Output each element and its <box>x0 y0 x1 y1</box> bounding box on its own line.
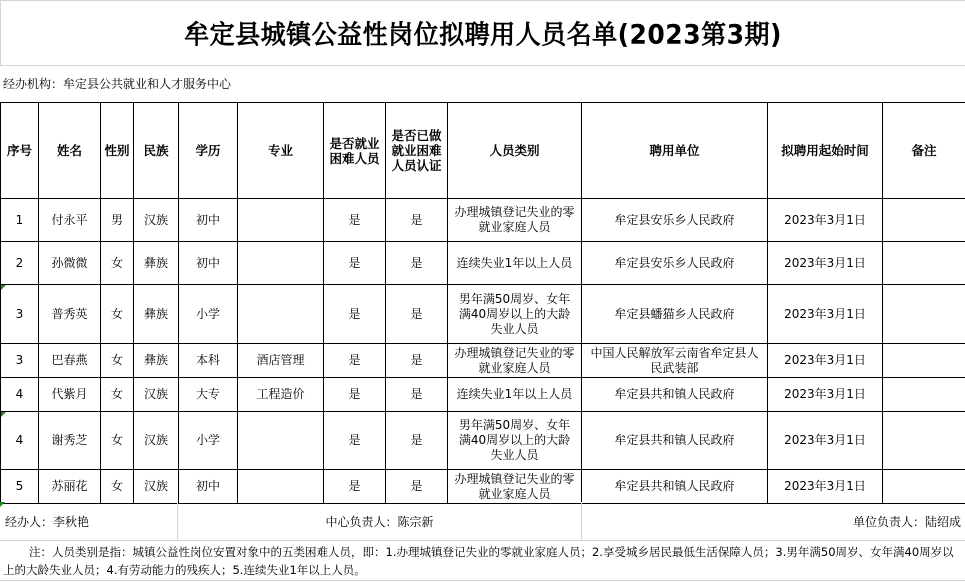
center-head-label: 中心负责人：陈宗新 <box>325 513 433 530</box>
cell-ethnicity[interactable]: 彝族 <box>134 344 179 378</box>
cell-gender[interactable]: 女 <box>101 344 134 378</box>
header-education[interactable]: 学历 <box>179 103 238 199</box>
cell-ethnicity[interactable]: 汉族 <box>134 412 179 470</box>
cell-category[interactable]: 男年满50周岁、女年满40周岁以上的大龄失业人员 <box>448 412 582 470</box>
cell-remarks[interactable] <box>883 285 965 344</box>
cell-name[interactable]: 苏丽花 <box>39 470 101 504</box>
note-text: 注：人员类别是指：城镇公益性岗位安置对象中的五类困难人员，即：1.办理城镇登记失… <box>3 545 954 577</box>
cell-ethnicity[interactable]: 彝族 <box>134 242 179 285</box>
cell-major[interactable] <box>238 285 324 344</box>
cell-gender[interactable]: 女 <box>101 470 134 504</box>
cell-hardship[interactable]: 是 <box>324 242 386 285</box>
cell-remarks[interactable] <box>883 470 965 504</box>
cell-education[interactable]: 初中 <box>179 242 238 285</box>
cell-name[interactable]: 付永平 <box>39 199 101 242</box>
header-remarks[interactable]: 备注 <box>883 103 965 199</box>
cell-hardship[interactable]: 是 <box>324 412 386 470</box>
header-name[interactable]: 姓名 <box>39 103 101 199</box>
signature-row: 经办人：李秋艳 中心负责人：陈宗新 单位负责人：陆绍成 <box>0 502 965 541</box>
cell-certified[interactable]: 是 <box>386 412 448 470</box>
cell-employer[interactable]: 牟定县共和镇人民政府 <box>582 412 768 470</box>
cell-start-date[interactable]: 2023年3月1日 <box>768 285 883 344</box>
cell-ethnicity[interactable]: 汉族 <box>134 199 179 242</box>
cell-remarks[interactable] <box>883 378 965 412</box>
cell-seq[interactable]: 4 <box>1 412 39 470</box>
unit-head-label: 单位负责人：陆绍成 <box>853 513 961 530</box>
cell-hardship[interactable]: 是 <box>324 285 386 344</box>
cell-education[interactable]: 小学 <box>179 285 238 344</box>
table-row: 2孙微微女彝族初中是是连续失业1年以上人员牟定县安乐乡人民政府2023年3月1日 <box>1 242 965 285</box>
cell-major[interactable] <box>238 412 324 470</box>
cell-remarks[interactable] <box>883 412 965 470</box>
cell-remarks[interactable] <box>883 344 965 378</box>
header-major[interactable]: 专业 <box>238 103 324 199</box>
agency-label: 经办机构：牟定县公共就业和人才服务中心 <box>0 75 231 92</box>
cell-category[interactable]: 男年满50周岁、女年满40周岁以上的大龄失业人员 <box>448 285 582 344</box>
cell-hardship[interactable]: 是 <box>324 199 386 242</box>
header-gender[interactable]: 性别 <box>101 103 134 199</box>
cell-category[interactable]: 连续失业1年以上人员 <box>448 378 582 412</box>
cell-name[interactable]: 巴春燕 <box>39 344 101 378</box>
header-ethnicity[interactable]: 民族 <box>134 103 179 199</box>
cell-gender[interactable]: 女 <box>101 242 134 285</box>
cell-ethnicity[interactable]: 汉族 <box>134 470 179 504</box>
cell-start-date[interactable]: 2023年3月1日 <box>768 199 883 242</box>
cell-seq[interactable]: 5 <box>1 470 39 504</box>
cell-major[interactable] <box>238 199 324 242</box>
cell-seq[interactable]: 3 <box>1 344 39 378</box>
table-row: 1付永平男汉族初中是是办理城镇登记失业的零就业家庭人员牟定县安乐乡人民政府202… <box>1 199 965 242</box>
cell-seq[interactable]: 1 <box>1 199 39 242</box>
cell-education[interactable]: 初中 <box>179 470 238 504</box>
cell-education[interactable]: 初中 <box>179 199 238 242</box>
cell-category[interactable]: 连续失业1年以上人员 <box>448 242 582 285</box>
document-title: 牟定县城镇公益性岗位拟聘用人员名单(2023第3期) <box>184 14 782 52</box>
cell-remarks[interactable] <box>883 242 965 285</box>
header-category[interactable]: 人员类别 <box>448 103 582 199</box>
cell-education[interactable]: 小学 <box>179 412 238 470</box>
handler-cell[interactable]: 经办人：李秋艳 <box>0 502 178 540</box>
cell-hardship[interactable]: 是 <box>324 344 386 378</box>
cell-start-date[interactable]: 2023年3月1日 <box>768 412 883 470</box>
spreadsheet: 牟定县城镇公益性岗位拟聘用人员名单(2023第3期) 经办机构：牟定县公共就业和… <box>0 0 965 582</box>
note-cell[interactable]: 注：人员类别是指：城镇公益性岗位安置对象中的五类困难人员，即：1.办理城镇登记失… <box>0 541 965 581</box>
cell-gender[interactable]: 女 <box>101 378 134 412</box>
header-hardship[interactable]: 是否就业困难人员 <box>324 103 386 199</box>
cell-start-date[interactable]: 2023年3月1日 <box>768 242 883 285</box>
cell-major[interactable]: 酒店管理 <box>238 344 324 378</box>
table-row: 4代紫月女汉族大专工程造价是是连续失业1年以上人员牟定县共和镇人民政府2023年… <box>1 378 965 412</box>
table-row: 3普秀英女彝族小学是是男年满50周岁、女年满40周岁以上的大龄失业人员牟定县蟠猫… <box>1 285 965 344</box>
cell-seq[interactable]: 4 <box>1 378 39 412</box>
header-seq[interactable]: 序号 <box>1 103 39 199</box>
cell-category[interactable]: 办理城镇登记失业的零就业家庭人员 <box>448 470 582 504</box>
cell-hardship[interactable]: 是 <box>324 470 386 504</box>
cell-education[interactable]: 大专 <box>179 378 238 412</box>
cell-certified[interactable]: 是 <box>386 470 448 504</box>
cell-employer[interactable]: 牟定县安乐乡人民政府 <box>582 199 768 242</box>
cell-employer[interactable]: 牟定县安乐乡人民政府 <box>582 242 768 285</box>
cell-gender[interactable]: 女 <box>101 412 134 470</box>
header-employer[interactable]: 聘用单位 <box>582 103 768 199</box>
cell-major[interactable] <box>238 470 324 504</box>
cell-name[interactable]: 谢秀芝 <box>39 412 101 470</box>
unit-head-cell[interactable]: 单位负责人：陆绍成 <box>581 502 964 540</box>
title-cell[interactable]: 牟定县城镇公益性岗位拟聘用人员名单(2023第3期) <box>0 0 965 66</box>
cell-remarks[interactable] <box>883 199 965 242</box>
cell-certified[interactable]: 是 <box>386 378 448 412</box>
cell-name[interactable]: 普秀英 <box>39 285 101 344</box>
cell-employer[interactable]: 牟定县共和镇人民政府 <box>582 378 768 412</box>
agency-cell[interactable]: 经办机构：牟定县公共就业和人才服务中心 <box>0 65 965 102</box>
cell-employer[interactable]: 中国人民解放军云南省牟定县人民武装部 <box>582 344 768 378</box>
cell-name[interactable]: 代紫月 <box>39 378 101 412</box>
cell-category[interactable]: 办理城镇登记失业的零就业家庭人员 <box>448 344 582 378</box>
handler-label: 经办人：李秋艳 <box>5 513 89 530</box>
cell-certified[interactable]: 是 <box>386 199 448 242</box>
cell-hardship[interactable]: 是 <box>324 378 386 412</box>
header-certified[interactable]: 是否已做就业困难人员认证 <box>386 103 448 199</box>
cell-certified[interactable]: 是 <box>386 242 448 285</box>
cell-major[interactable]: 工程造价 <box>238 378 324 412</box>
cell-ethnicity[interactable]: 汉族 <box>134 378 179 412</box>
center-head-cell[interactable]: 中心负责人：陈宗新 <box>178 502 581 540</box>
cell-education[interactable]: 本科 <box>179 344 238 378</box>
table-row: 4谢秀芝女汉族小学是是男年满50周岁、女年满40周岁以上的大龄失业人员牟定县共和… <box>1 412 965 470</box>
header-row: 序号 姓名 性别 民族 学历 专业 是否就业困难人员 是否已做就业困难人员认证 … <box>1 103 965 199</box>
cell-certified[interactable]: 是 <box>386 344 448 378</box>
header-start-date[interactable]: 拟聘用起始时间 <box>768 103 883 199</box>
cell-certified[interactable]: 是 <box>386 285 448 344</box>
cell-gender[interactable]: 男 <box>101 199 134 242</box>
cell-major[interactable] <box>238 242 324 285</box>
table-row: 3巴春燕女彝族本科酒店管理是是办理城镇登记失业的零就业家庭人员中国人民解放军云南… <box>1 344 965 378</box>
cell-employer[interactable]: 牟定县蟠猫乡人民政府 <box>582 285 768 344</box>
cell-start-date[interactable]: 2023年3月1日 <box>768 344 883 378</box>
cell-start-date[interactable]: 2023年3月1日 <box>768 470 883 504</box>
cell-gender[interactable]: 女 <box>101 285 134 344</box>
cell-seq[interactable]: 2 <box>1 242 39 285</box>
cell-name[interactable]: 孙微微 <box>39 242 101 285</box>
roster-table: 序号 姓名 性别 民族 学历 专业 是否就业困难人员 是否已做就业困难人员认证 … <box>0 102 965 504</box>
cell-ethnicity[interactable]: 彝族 <box>134 285 179 344</box>
cell-category[interactable]: 办理城镇登记失业的零就业家庭人员 <box>448 199 582 242</box>
cell-start-date[interactable]: 2023年3月1日 <box>768 378 883 412</box>
table-row: 5苏丽花女汉族初中是是办理城镇登记失业的零就业家庭人员牟定县共和镇人民政府202… <box>1 470 965 504</box>
cell-employer[interactable]: 牟定县共和镇人民政府 <box>582 470 768 504</box>
cell-seq[interactable]: 3 <box>1 285 39 344</box>
